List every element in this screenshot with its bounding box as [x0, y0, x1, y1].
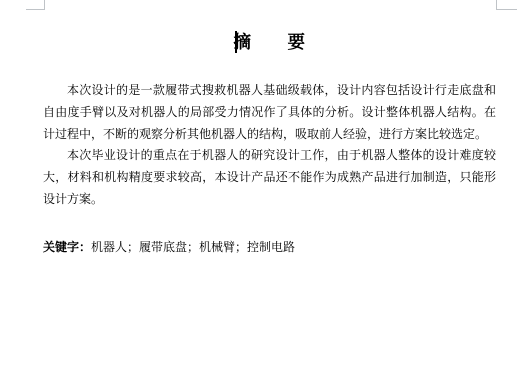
keywords-text: 机器人；履带底盘；机械臂；控制电路	[91, 240, 295, 254]
paragraph1-line1[interactable]: 本次设计的是一款履带式搜救机器人基础级载体，设计内容包括设计行走底盘和四	[43, 80, 496, 102]
blank-line	[43, 211, 496, 237]
abstract-body[interactable]: 本次设计的是一款履带式搜救机器人基础级载体，设计内容包括设计行走底盘和四 自由度…	[43, 80, 496, 259]
paragraph2-line2[interactable]: 大，材料和机构精度要求较高，本设计产品还不能作为成熟产品进行加制造，只能形成	[43, 167, 496, 189]
abstract-title[interactable]: 摘 要	[43, 30, 496, 54]
paragraph1-line2[interactable]: 自由度手臂以及对机器人的局部受力情况作了具体的分析。设计整体机器人结构。在设	[43, 102, 496, 124]
text-boundary-mark-top-right	[496, 0, 517, 10]
paragraph2-line3[interactable]: 设计方案。	[43, 189, 496, 211]
keywords-label: 关键字：	[43, 240, 91, 254]
text-boundary-mark-top-left	[26, 0, 45, 10]
keywords-line[interactable]: 关键字：机器人；履带底盘；机械臂；控制电路	[43, 237, 496, 259]
paragraph1-line3[interactable]: 计过程中，不断的观察分析其他机器人的结构，吸取前人经验，进行方案比较选定。	[43, 124, 496, 146]
document-page: 摘 要 本次设计的是一款履带式搜救机器人基础级载体，设计内容包括设计行走底盘和四…	[0, 0, 530, 382]
paragraph2-line1[interactable]: 本次毕业设计的重点在于机器人的研究设计工作，由于机器人整体的设计难度较	[43, 145, 496, 167]
